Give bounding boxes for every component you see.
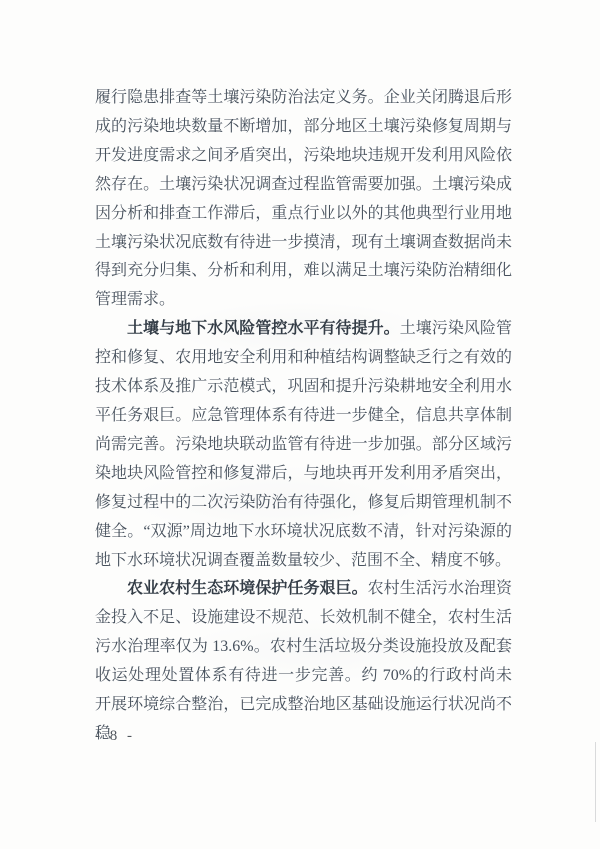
paragraph-bold-lead: 土壤与地下水风险管控水平有待提升。: [127, 320, 400, 337]
page-number: - 8 -: [95, 728, 135, 745]
paragraph-rural-environment: 农业农村生态环境保护任务艰巨。农村生活污水治理资金投入不足、设施建设不规范、长效…: [95, 575, 512, 748]
paragraph-bold-lead: 农业农村生态环境保护任务艰巨。: [127, 580, 368, 597]
paragraph-text: 土壤污染风险管控和修复、农用地安全利用和种植结构调整缺乏行之有效的技术体系及推广…: [95, 320, 512, 568]
paragraph-text: 农村生活污水治理资金投入不足、设施建设不规范、长效机制不健全，农村生活污水治理率…: [95, 580, 512, 742]
document-body: 履行隐患排查等土壤污染防治法定义务。企业关闭腾退后形成的污染地块数量不断增加，部…: [95, 84, 512, 749]
paragraph-continuation: 履行隐患排查等土壤污染防治法定义务。企业关闭腾退后形成的污染地块数量不断增加，部…: [95, 84, 512, 315]
paragraph-text: 履行隐患排查等土壤污染防治法定义务。企业关闭腾退后形成的污染地块数量不断增加，部…: [95, 89, 512, 308]
scan-edge-artifact: [595, 742, 596, 822]
scanned-document-page: 履行隐患排查等土壤污染防治法定义务。企业关闭腾退后形成的污染地块数量不断增加，部…: [0, 0, 600, 849]
paragraph-soil-groundwater-risk: 土壤与地下水风险管控水平有待提升。土壤污染风险管控和修复、农用地安全利用和种植结…: [95, 315, 512, 575]
